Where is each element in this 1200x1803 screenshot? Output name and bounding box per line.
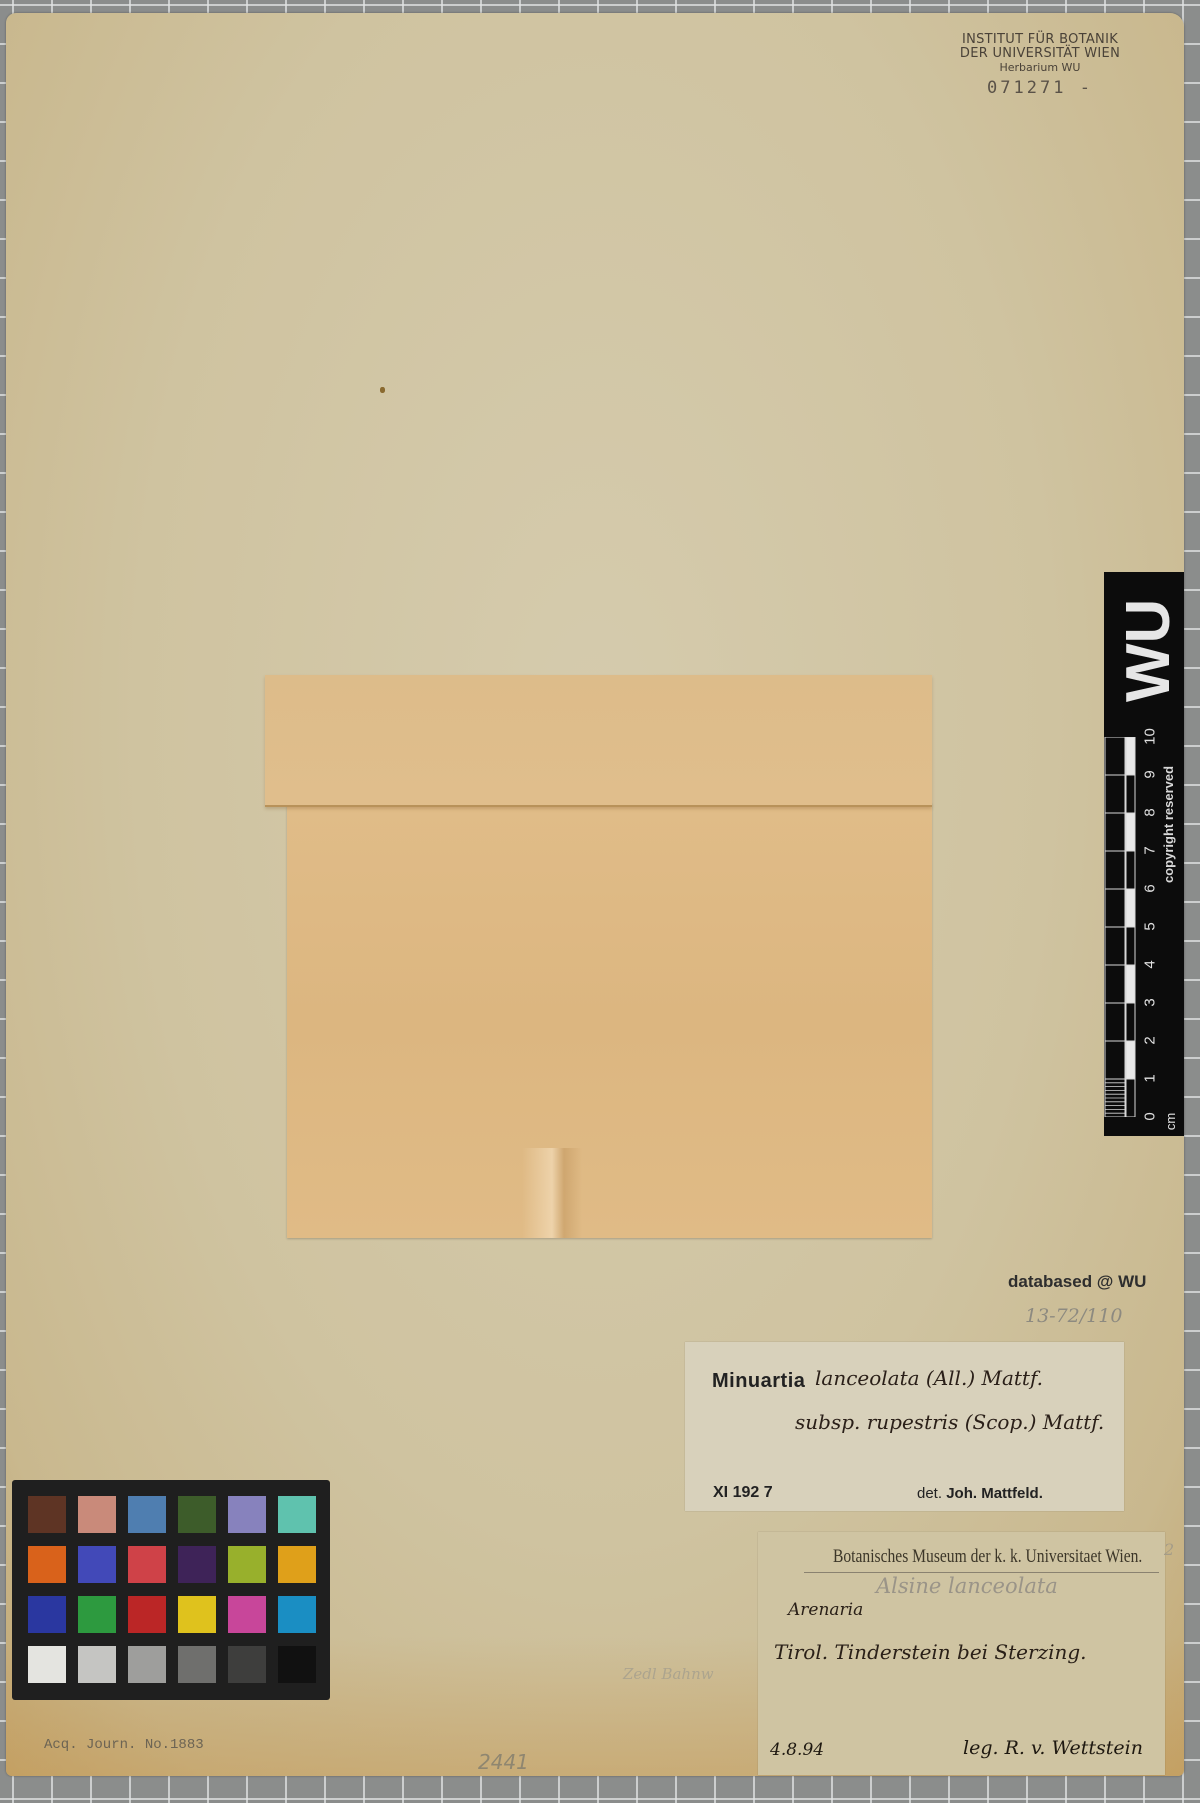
color-patch <box>278 1596 316 1633</box>
color-patch <box>28 1496 66 1533</box>
stamp-line-3: Herbarium WU <box>950 61 1130 75</box>
color-patches <box>28 1496 316 1683</box>
determiner-name: Joh. Mattfeld. <box>946 1485 1043 1502</box>
color-patch <box>178 1496 216 1533</box>
scale-tick-label: 0 <box>1142 1107 1159 1127</box>
corner-mark: 2 <box>1164 1540 1174 1559</box>
pencil-name: Alsine lanceolata <box>876 1574 1058 1598</box>
herbarium-number: 071271 - <box>950 81 1130 95</box>
original-label: Botanisches Museum der k. k. Universitae… <box>758 1532 1165 1775</box>
color-patch <box>78 1546 116 1583</box>
subspecies-name: subsp. rupestris (Scop.) Mattf. <box>795 1410 1104 1434</box>
color-patch <box>228 1596 266 1633</box>
stamp-line-2: DER UNIVERSITÄT WIEN <box>950 47 1130 61</box>
color-patch <box>28 1596 66 1633</box>
envelope-flap <box>265 675 932 807</box>
color-patch <box>28 1546 66 1583</box>
scale-tick-label: 2 <box>1142 1031 1159 1051</box>
color-patch <box>78 1596 116 1633</box>
color-checker <box>12 1480 330 1700</box>
color-patch <box>278 1496 316 1533</box>
determination-date: XI 192 7 <box>713 1484 773 1502</box>
catalog-number: 2441 <box>478 1750 529 1774</box>
scale-tick-label: 4 <box>1142 955 1159 975</box>
scale-tick-label: 7 <box>1142 841 1159 861</box>
color-patch <box>178 1596 216 1633</box>
scale-ticks <box>1104 737 1136 1117</box>
scale-tick-label: 3 <box>1142 993 1159 1013</box>
scale-bar: WU 012345678910 copyright reserved cm <box>1104 572 1184 1136</box>
unit-label: cm <box>1163 1113 1178 1130</box>
color-patch <box>78 1646 116 1683</box>
color-patch <box>278 1546 316 1583</box>
collector: leg. R. v. Wettstein <box>963 1737 1143 1759</box>
color-patch <box>78 1496 116 1533</box>
determination-label: Minuartia lanceolata (All.) Mattf. subsp… <box>685 1342 1124 1511</box>
envelope-body <box>287 803 932 1238</box>
old-genus: Arenaria <box>788 1600 863 1620</box>
color-patch <box>128 1546 166 1583</box>
color-patch <box>178 1646 216 1683</box>
color-patch <box>278 1646 316 1683</box>
color-patch <box>228 1496 266 1533</box>
scale-tick-label: 1 <box>1142 1069 1159 1089</box>
accession-number: 13-72/110 <box>1025 1305 1122 1327</box>
collection-date: 4.8.94 <box>770 1740 824 1760</box>
det-prefix: det. <box>917 1485 942 1502</box>
locality: Tirol. Tinderstein bei Sterzing. <box>774 1640 1087 1664</box>
determiner: det. Joh. Mattfeld. <box>917 1485 1043 1502</box>
color-patch <box>228 1546 266 1583</box>
stain-mark <box>380 387 385 393</box>
copyright-text: copyright reserved <box>1161 734 1181 914</box>
scale-tick-label: 5 <box>1142 917 1159 937</box>
color-patch <box>128 1596 166 1633</box>
header-rule <box>804 1572 1159 1573</box>
wu-logo: WU <box>1114 580 1184 720</box>
envelope-crease <box>522 1148 582 1238</box>
scale-tick-label: 10 <box>1142 727 1159 747</box>
databased-stamp: databased @ WU <box>1008 1272 1146 1292</box>
scale-tick-label: 6 <box>1142 879 1159 899</box>
scale-tick-label: 8 <box>1142 803 1159 823</box>
specimen-envelope <box>265 675 932 1238</box>
pencil-note: Zedl Bahnw <box>623 1665 714 1683</box>
color-patch <box>178 1546 216 1583</box>
genus-name: Minuartia <box>712 1370 805 1393</box>
institution-stamp: INSTITUT FÜR BOTANIK DER UNIVERSITÄT WIE… <box>950 33 1130 95</box>
color-patch <box>128 1496 166 1533</box>
scale-tick-label: 9 <box>1142 765 1159 785</box>
label-header: Botanisches Museum der k. k. Universitae… <box>833 1546 1142 1568</box>
species-epithet: lanceolata (All.) Mattf. <box>815 1366 1043 1390</box>
color-patch <box>28 1646 66 1683</box>
color-patch <box>128 1646 166 1683</box>
acquisition-note: Acq. Journ. No.1883 <box>44 1737 204 1753</box>
scale-numbers: 012345678910 <box>1140 732 1160 1132</box>
stamp-line-1: INSTITUT FÜR BOTANIK <box>950 33 1130 47</box>
color-patch <box>228 1646 266 1683</box>
